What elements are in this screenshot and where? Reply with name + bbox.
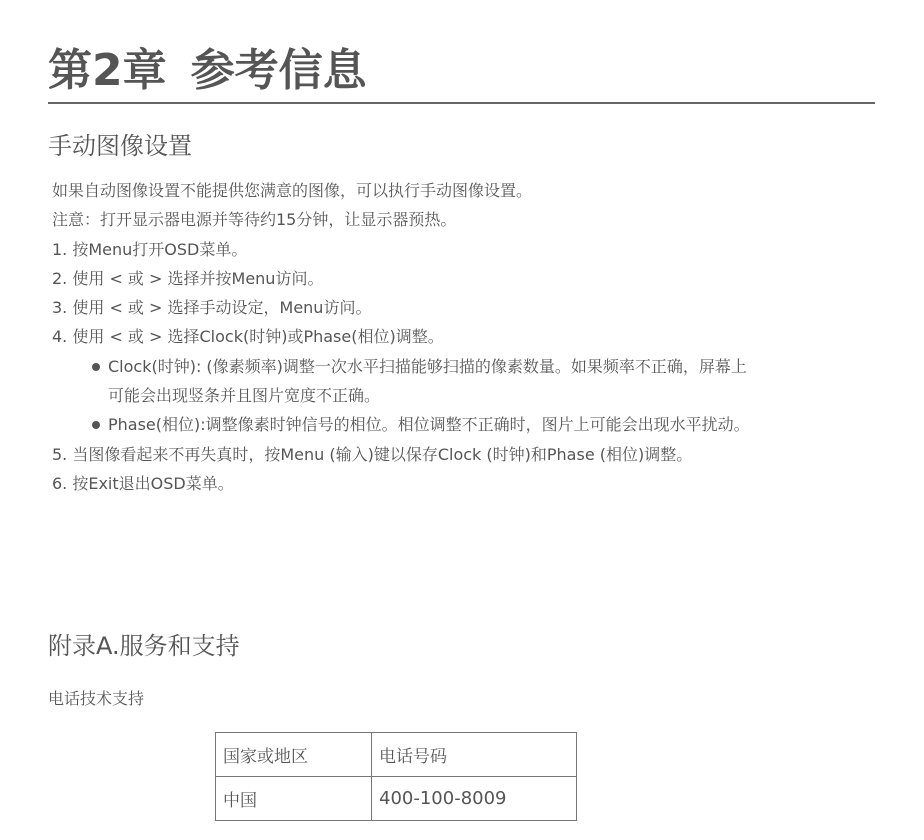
intro-line: 如果自动图像设置不能提供您满意的图像，可以执行手动图像设置。 [52,176,750,205]
support-phone-table: 国家或地区 电话号码 中国 400-100-8009 [215,732,577,821]
header-phone: 电话号码 [372,733,577,777]
bullet-clock: Clock(时钟): (像素频率)调整一次水平扫描能够扫描的像素数量。如果频率不… [52,352,750,381]
bullet-dot-icon [92,363,100,371]
step-2: 2. 使用 < 或 > 选择并按Menu访问。 [52,264,750,293]
step-5: 5. 当图像看起来不再失真时，按Menu (输入)键以保存Clock (时钟)和… [52,440,750,469]
section-title: 手动图像设置 [48,130,192,162]
step-3: 3. 使用 < 或 > 选择手动设定，Menu访问。 [52,293,750,322]
cell-phone: 400-100-8009 [372,777,577,821]
header-region: 国家或地区 [216,733,372,777]
phone-support-heading: 电话技术支持 [48,688,144,710]
chapter-name: 参考信息 [191,45,367,96]
step-6: 6. 按Exit退出OSD菜单。 [52,469,750,498]
chapter-title: 第2章参考信息 [48,44,367,98]
bullet-phase-text: Phase(相位):调整像素时钟信号的相位。相位调整不正确时，图片上可能会出现水… [90,415,750,434]
table-header-row: 国家或地区 电话号码 [216,733,577,777]
bullet-phase: Phase(相位):调整像素时钟信号的相位。相位调整不正确时，图片上可能会出现水… [52,410,750,439]
cell-region: 中国 [216,777,372,821]
chapter-divider [48,102,875,104]
bullet-clock-continuation: 可能会出现竖条并且图片宽度不正确。 [52,381,750,410]
step-1: 1. 按Menu打开OSD菜单。 [52,235,750,264]
appendix-title: 附录A.服务和支持 [48,630,240,662]
note-line: 注意：打开显示器电源并等待约15分钟，让显示器预热。 [52,205,750,234]
step-4: 4. 使用 < 或 > 选择Clock(时钟)或Phase(相位)调整。 [52,322,750,351]
instructions-list: 如果自动图像设置不能提供您满意的图像，可以执行手动图像设置。 注意：打开显示器电… [52,176,750,498]
chapter-number: 第2章 [48,45,167,96]
bullet-clock-text: Clock(时钟): (像素频率)调整一次水平扫描能够扫描的像素数量。如果频率不… [90,357,747,376]
table-row: 中国 400-100-8009 [216,777,577,821]
